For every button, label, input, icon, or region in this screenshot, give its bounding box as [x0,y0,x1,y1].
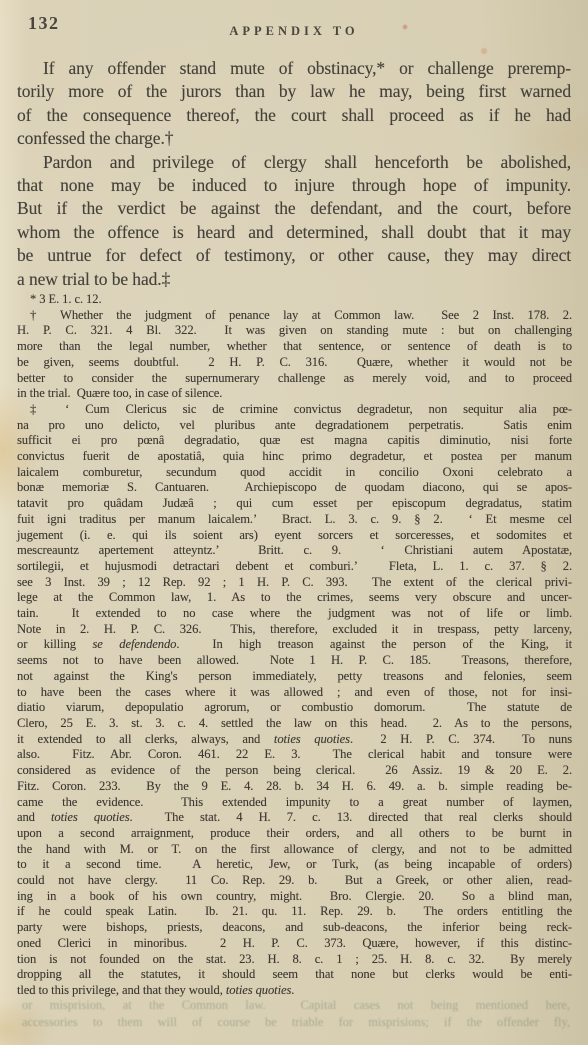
body-line: confessed the charge.† [17,127,571,150]
footnote-line-double-dagger: tatavit pro quâdam Judæâ ; qui cum esset… [17,496,572,512]
bleedthrough-text: or misprision, at the Common law. Capita… [22,997,570,1030]
footnote-line-double-dagger: Clero, 25 E. 3. st. 3. c. 4. settled the… [17,716,572,732]
footnote-line-double-dagger: see 3 Inst. 39 ; 12 Rep. 92 ; 1 H. P. C.… [17,575,572,591]
ghost-line: or misprision, at the Common law. Capita… [22,997,570,1014]
body-line: a new trial to be had.‡ [17,268,571,291]
footnote-line-double-dagger: tion is not founded on the stat. 23. H. … [17,952,572,968]
footnote-line-double-dagger: fuit igni traditus per manum laicalem.’ … [17,512,572,528]
footnote-line-double-dagger: mescreauntz apertement atteyntz.’ Britt.… [17,543,572,559]
footnote-line-dagger: more than the legal number, whether that… [17,339,572,355]
footnote-line-double-dagger: seems not to have been allowed. Note 1 H… [17,653,572,669]
main-text-block: If any offender stand mute of obstinacy,… [17,57,571,291]
footnote-line-double-dagger: oned Clerici in minoribus. 2 H. P. C. 37… [17,936,572,952]
footnote-line-double-dagger: also. Fitz. Abr. Coron. 461. 22 E. 3. Th… [17,747,572,763]
footnote-line-double-dagger: not against the King's person immediatel… [17,669,572,685]
body-line: of the consequence thereof, the court sh… [17,104,571,127]
footnote-line-double-dagger: sufficit ei pro pœnâ degradatio, quæ est… [17,433,572,449]
ghost-line: accessories to them will of course be tr… [22,1014,570,1031]
body-line: whom the offence is heard and determined… [17,221,571,244]
body-line: But if the verdict be against the defend… [17,197,571,220]
footnote-line-double-dagger: or killing se defendendo. In high treaso… [17,637,572,653]
body-line: Pardon and privilege of clergy shall hen… [17,151,571,174]
footnote-line-double-dagger: bonæ memoriæ S. Cantuaren. Archiepiscopo… [17,480,572,496]
footnote-line-double-dagger: could not have clergy. 11 Co. Rep. 29. b… [17,873,572,889]
footnote-line-double-dagger: Note in 2. H. P. C. 326. This, therefore… [17,622,572,638]
scanned-book-page: 132 APPENDIX TO If any offender stand mu… [0,0,588,1045]
footnote-line-double-dagger: jugement (i. e. qui ils soient ars) eyen… [17,528,572,544]
footnotes-block: * 3 E. 1. c. 12.† Whether the judgment o… [17,292,572,999]
footnote-line-double-dagger: diatio viarum, depopulatio agrorum, or c… [17,700,572,716]
body-line: that none may be induced to injure throu… [17,174,571,197]
footnote-line-double-dagger: it extended to all clerks, always, and t… [17,732,572,748]
footnote-line-dagger: † Whether the judgment of penance lay at… [17,308,572,324]
footnote-line-double-dagger: to have been the cases where it was allo… [17,685,572,701]
body-line: torily more of the jurors than by law he… [17,80,571,103]
footnote-line-double-dagger: if he could speak Latin. Ib. 21. qu. 11.… [17,904,572,920]
footnote-line-double-dagger: to it a second time. A heretic, Jew, or … [17,857,572,873]
footnote-line-double-dagger: came the evidence. This extended impunit… [17,795,572,811]
footnote-line-double-dagger: tain. It extended to no case where the j… [17,606,572,622]
footnote-line-double-dagger: party were bishops, priests, deacons, an… [17,920,572,936]
footnote-line-double-dagger: ing in a book of his own country, might.… [17,889,572,905]
footnote-line-double-dagger: considered as evidence of the person bei… [17,763,572,779]
footnote-line-dagger: better to consider the supernumerary cha… [17,371,572,387]
footnote-line-dagger: be given, seems doubtful. 2 H. P. C. 316… [17,355,572,371]
footnote-line-double-dagger: laicalem comburetur, secundum quod accid… [17,465,572,481]
footnote-line-double-dagger: dropping all the statutes, it should see… [17,967,572,983]
footnote-line-double-dagger: lege at the Common law, 1. As to the cri… [17,590,572,606]
footnote-line-double-dagger: Fitz. Coron. 233. By the 9 E. 4. 28. b. … [17,779,572,795]
footnote-line-double-dagger: convictus fuerit de apostatiâ, quia hinc… [17,449,572,465]
footnote-line-dagger: H. P. C. 321. 4 Bl. 322. It was given on… [17,323,572,339]
footnote-line-double-dagger: the hand with M. or T. on the first allo… [17,842,572,858]
footnote-line-double-dagger: na pro uno delicto, vel pluribus ante de… [17,418,572,434]
footnote-line-dagger: in the trial. Quære too, in case of sile… [17,386,572,402]
footnote-line-double-dagger: sortilegii, et hujusmodi detractari debe… [17,559,572,575]
footnote-line-double-dagger: upon a second arraignment, produce their… [17,826,572,842]
footnote-line-double-dagger: and toties quoties. The stat. 4 H. 7. c.… [17,810,572,826]
running-head: APPENDIX TO [0,24,588,39]
body-line: If any offender stand mute of obstinacy,… [17,57,571,80]
body-line: be untrue for defect of testimony, or ot… [17,244,571,267]
footnote-line-star: * 3 E. 1. c. 12. [17,292,572,308]
footnote-line-double-dagger: ‡ ‘ Cum Clericus sic de crimine convictu… [17,402,572,418]
